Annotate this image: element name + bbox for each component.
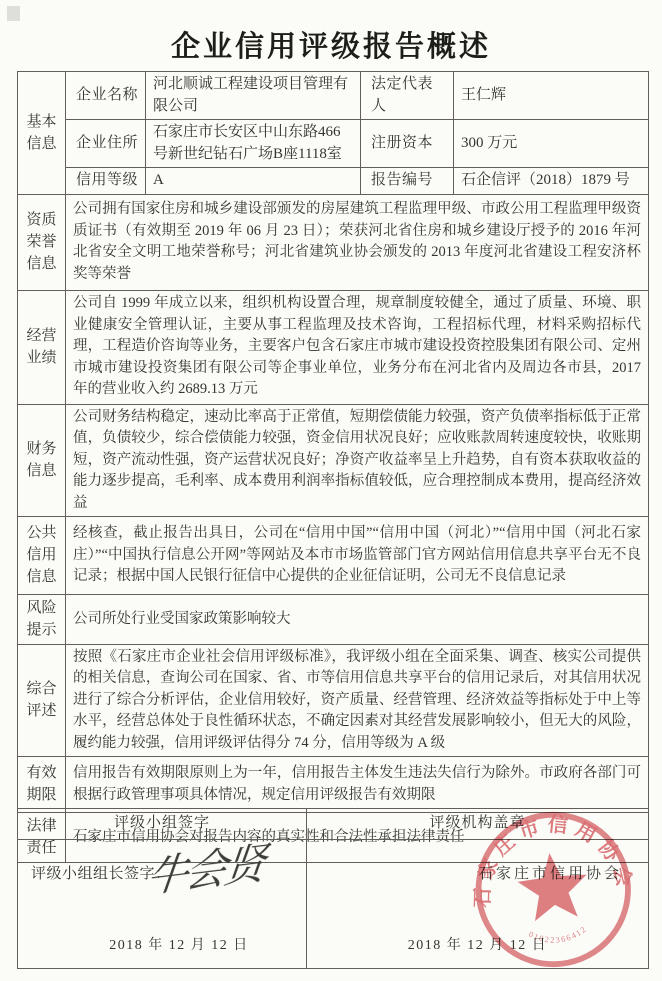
section-label-qualifications: 资质荣誉信息: [18, 194, 66, 290]
field-value-registered-capital: 300 万元: [454, 120, 649, 168]
field-label-credit-grade: 信用等级: [66, 168, 146, 195]
table-row: 评级小组组长签字： 牛会贤 2018 年 12 月 12 日 石家庄市信用协会 …: [18, 840, 649, 969]
rating-agency-name: 石家庄市信用协会: [478, 864, 622, 886]
stamp-star-icon: [515, 850, 591, 923]
table-row: 综合评述 按照《石家庄市企业社会信用评级标准》，我评级小组在全面采集、调查、核实…: [18, 644, 649, 757]
table-row: 财务信息 公司财务结构稳定，速动比率高于正常值，短期偿债能力较强，资产负债率指标…: [18, 404, 649, 517]
table-row: 信用等级 A 报告编号 石企信评（2018）1879 号: [18, 168, 649, 195]
section-label-business-performance: 经营业绩: [18, 290, 66, 404]
section-content-overall-review: 按照《石家庄市企业社会信用评级标准》，我评级小组在全面采集、调查、核实公司提供的…: [66, 644, 649, 757]
field-label-report-number: 报告编号: [361, 168, 454, 195]
field-value-company-address: 石家庄市长安区中山东路466号新世纪钻石广场B座1118室: [146, 120, 361, 168]
credit-rating-report-page: 企业信用评级报告概述 基本信息 企业名称 河北顺诚工程建设项目管理有限公司 法定…: [0, 0, 662, 981]
section-label-basic-info: 基本信息: [18, 72, 66, 195]
signature-cell-left: 评级小组组长签字： 牛会贤 2018 年 12 月 12 日: [18, 840, 307, 969]
section-content-financial-info: 公司财务结构稳定，速动比率高于正常值，短期偿债能力较强，资产负债率指标低于正常值…: [66, 404, 649, 517]
report-table: 基本信息 企业名称 河北顺诚工程建设项目管理有限公司 法定代表人 王仁辉 企业住…: [17, 71, 649, 863]
section-label-financial-info: 财务信息: [18, 404, 66, 517]
section-label-validity-period: 有效期限: [18, 757, 66, 813]
page-title: 企业信用评级报告概述: [0, 24, 662, 65]
field-value-legal-representative: 王仁辉: [454, 72, 649, 120]
signature-header-left: 评级小组签字: [18, 809, 307, 840]
field-label-company-address: 企业住所: [66, 120, 146, 168]
section-label-overall-review: 综合评述: [18, 644, 66, 757]
table-row: 公共信用信息 经核查，截止报告出具日，公司在“信用中国”“信用中国（河北）”“信…: [18, 517, 649, 595]
field-label-company-name: 企业名称: [66, 72, 146, 120]
signature-date-left: 2018 年 12 月 12 日: [18, 935, 306, 957]
section-label-public-credit: 公共信用信息: [18, 517, 66, 595]
field-label-legal-representative: 法定代表人: [361, 72, 454, 120]
table-row: 基本信息 企业名称 河北顺诚工程建设项目管理有限公司 法定代表人 王仁辉: [18, 72, 649, 120]
scan-artifact: [7, 6, 20, 21]
signature-date-right: 2018 年 12 月 12 日: [307, 935, 648, 957]
leader-signature-handwriting: 牛会贤: [145, 855, 264, 891]
field-label-registered-capital: 注册资本: [361, 120, 454, 168]
section-content-validity-period: 信用报告有效期限原则上为一年，信用报告主体发生违法失信行为除外。市政府各部门可根…: [66, 757, 649, 813]
section-content-public-credit: 经核查，截止报告出具日，公司在“信用中国”“信用中国（河北）”“信用中国（河北石…: [66, 517, 649, 595]
table-row: 经营业绩 公司自 1999 年成立以来，组织机构设置合理，规章制度较健全，通过了…: [18, 290, 649, 404]
signature-cell-right: 石家庄市信用协会 2018 年 12 月 12 日 石家庄市信用协会 01022…: [307, 840, 649, 969]
table-row: 企业住所 石家庄市长安区中山东路466号新世纪钻石广场B座1118室 注册资本 …: [18, 120, 649, 168]
table-row: 有效期限 信用报告有效期限原则上为一年，信用报告主体发生违法失信行为除外。市政府…: [18, 757, 649, 813]
table-row: 资质荣誉信息 公司拥有国家住房和城乡建设部颁发的房屋建筑工程监理甲级、市政公用工…: [18, 194, 649, 290]
table-row: 评级小组签字 评级机构盖章: [18, 809, 649, 840]
field-value-credit-grade: A: [146, 168, 361, 195]
section-content-business-performance: 公司自 1999 年成立以来，组织机构设置合理，规章制度较健全，通过了质量、环境…: [66, 290, 649, 404]
section-label-risk-notice: 风险提示: [18, 595, 66, 645]
section-content-qualifications: 公司拥有国家住房和城乡建设部颁发的房屋建筑工程监理甲级、市政公用工程监理甲级资质…: [66, 194, 649, 290]
table-row: 风险提示 公司所处行业受国家政策影响较大: [18, 595, 649, 645]
field-value-company-name: 河北顺诚工程建设项目管理有限公司: [146, 72, 361, 120]
section-content-risk-notice: 公司所处行业受国家政策影响较大: [66, 595, 649, 645]
field-value-report-number: 石企信评（2018）1879 号: [454, 168, 649, 195]
signature-table: 评级小组签字 评级机构盖章 评级小组组长签字： 牛会贤 2018 年 12 月 …: [17, 808, 649, 969]
signature-header-right: 评级机构盖章: [307, 809, 649, 840]
